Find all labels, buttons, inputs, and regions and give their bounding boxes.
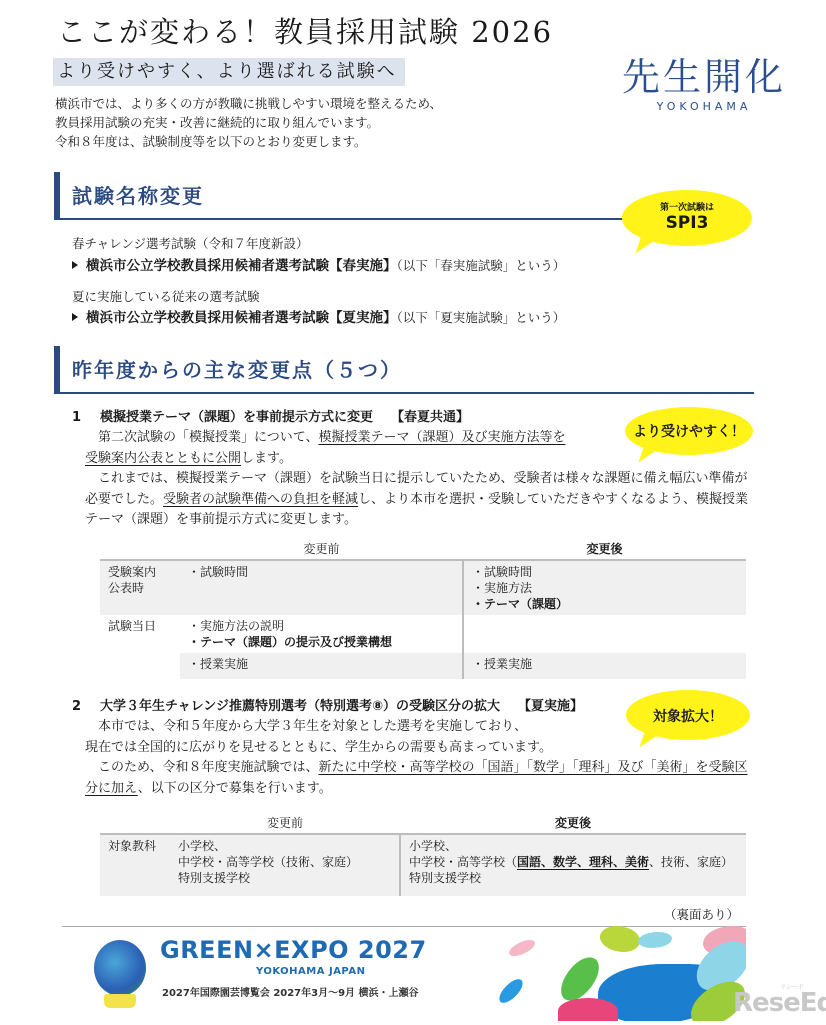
section-rule — [54, 218, 630, 220]
cell-line: 中学校・高等学校（技術、家庭） — [178, 854, 391, 870]
row-label — [100, 653, 180, 679]
speech-bubble-easier: より受けやすく！ — [625, 407, 753, 455]
table-row: 対象教科 小学校、 中学校・高等学校（技術、家庭） 特別支援学校 小学校、 中学… — [100, 834, 746, 896]
expo-title: GREEN×EXPO 2027 — [160, 936, 427, 964]
text: します。 — [241, 451, 292, 466]
section-heading-main-changes: 昨年度からの主な変更点（５つ） — [54, 346, 748, 392]
cell-line: ・実施方法 — [472, 580, 738, 596]
text: 本市では、令和５年度から大学３年生を対象とした選考を実施しており、 — [98, 719, 527, 734]
change-1-paragraph-2: これまでは、模擬授業テーマ（課題）を試験当日に提示していたため、受験者は様々な課… — [85, 469, 753, 531]
cell-line: 小学校、 — [409, 838, 738, 854]
exam-name: 横浜市公立学校教員採用候補者選考試験【夏実施】 — [86, 310, 397, 326]
underlined-text: 受験者の試験準備への負担を軽減 — [163, 492, 358, 507]
section-rule — [54, 392, 754, 394]
cell-line: ・試験時間 — [188, 564, 454, 580]
triangle-bullet-icon — [72, 261, 78, 269]
cell-after: 小学校、 中学校・高等学校（国語、数学、理科、美術、技術、家庭） 特別支援学校 — [400, 834, 746, 896]
exam-note: （以下「春実施試験」という） — [397, 258, 566, 273]
row-label: 対象教科 — [100, 834, 170, 896]
table-header — [100, 812, 170, 834]
change-1-heading: 1模擬授業テーマ（課題）を事前提示方式に変更【春夏共通】 — [72, 406, 469, 425]
change-title: 模擬授業テーマ（課題）を事前提示方式に変更 — [100, 410, 373, 425]
intro-text: 横浜市では、より多くの方が教職に挑戦しやすい環境を整えるため、 教員採用試験の充… — [55, 94, 442, 151]
text: 中学校・高等学校（ — [409, 855, 517, 869]
cell-line-bold: ・テーマ（課題） — [472, 596, 738, 612]
cell-after: ・試験時間 ・実施方法 ・テーマ（課題） — [463, 560, 746, 615]
cell-line: 特別支援学校 — [178, 870, 391, 886]
intro-line: 教員採用試験の充実・改善に継続的に取り組んでいます。 — [55, 113, 442, 132]
intro-line: 令和８年度は、試験制度等を以下のとおり変更します。 — [55, 132, 442, 151]
text: 現在では全国的に広がりを見せるとともに、学生からの需要も高まっています。 — [85, 740, 552, 755]
section-heading-label: 昨年度からの主な変更点（５つ） — [72, 354, 402, 383]
text: 、以下の区分で募集を行います。 — [138, 781, 332, 796]
row-label: 試験当日 — [100, 615, 180, 653]
text: このため、令和８年度実施試験では、 — [98, 760, 318, 775]
change-tag: 【夏実施】 — [518, 699, 583, 714]
table-row: ・授業実施 ・授業実施 — [100, 653, 746, 679]
cell-before: ・実施方法の説明 ・テーマ（課題）の提示及び授業構想 — [180, 615, 463, 653]
change-2-paragraph-2: このため、令和８年度実施試験では、新たに中学校・高等学校の「国語」「数学」「理科… — [85, 758, 753, 799]
cell-before: ・授業実施 — [180, 653, 463, 679]
bubble-text: より受けやすく！ — [625, 421, 753, 441]
sensei-kaika-logo: 先生開化 YOKOHAMA — [622, 55, 786, 113]
table-header-after: 変更後 — [400, 812, 746, 834]
section-heading-name-change: 試験名称変更 — [54, 172, 624, 218]
spring-caption: 春チャレンジ選考試験（令和７年度新設） — [72, 234, 309, 252]
cell-before: 小学校、 中学校・高等学校（技術、家庭） 特別支援学校 — [170, 834, 400, 896]
change-1-paragraph-1: 第二次試験の「模擬授業」について、模擬授業テーマ（課題）及び実施方法等を受験案内… — [85, 428, 635, 469]
expo-decorative-shapes — [488, 926, 746, 1021]
cell-line: ・試験時間 — [472, 564, 738, 580]
row-label: 受験案内 公表時 — [100, 560, 180, 615]
change-1-comparison-table: 変更前 変更後 受験案内 公表時 ・試験時間 ・試験時間 ・実施方法 ・テーマ（… — [100, 538, 746, 679]
change-2-comparison-table: 変更前 変更後 対象教科 小学校、 中学校・高等学校（技術、家庭） 特別支援学校… — [100, 812, 746, 896]
intro-line: 横浜市では、より多くの方が教職に挑戦しやすい環境を整えるため、 — [55, 94, 442, 113]
change-2-paragraph-1: 本市では、令和５年度から大学３年生を対象とした選考を実施しており、現在では全国的… — [85, 717, 645, 758]
triangle-bullet-icon — [72, 313, 78, 321]
page-subtitle: より受けやすく、より選ばれる試験へ — [53, 58, 405, 86]
expo-globe-icon — [94, 940, 146, 996]
bubble-main: SPI3 — [622, 213, 752, 233]
bubble-caption: 第一次試験は — [622, 200, 752, 213]
change-tag: 【春夏共通】 — [391, 410, 469, 425]
text: 第二次試験の「模擬授業」について、 — [98, 430, 318, 445]
exam-note: （以下「夏実施試験」という） — [397, 310, 566, 325]
underlined-text: 模擬授業テーマ（課題）及び実施方法等を — [318, 430, 565, 445]
speech-bubble-spi3: 第一次試験は SPI3 — [622, 190, 752, 246]
resed-watermark: ReseEd — [733, 988, 826, 1018]
text: 、技術、家庭） — [649, 855, 733, 869]
cell-line: ・実施方法の説明 — [188, 618, 454, 634]
logo-main-text: 先生開化 — [622, 55, 786, 99]
spring-exam-name: 横浜市公立学校教員採用候補者選考試験【春実施】（以下「春実施試験」という） — [72, 254, 565, 274]
table-header — [100, 538, 180, 560]
logo-sub-text: YOKOHAMA — [622, 100, 786, 113]
cell-line: ・授業実施 — [472, 656, 738, 672]
reverse-side-note: （裏面あり） — [664, 905, 739, 923]
cell-line-bold: ・テーマ（課題）の提示及び授業構想 — [188, 634, 454, 650]
expo-subtitle: YOKOHAMA JAPAN — [256, 966, 365, 977]
summer-caption: 夏に実施している従来の選考試験 — [72, 287, 260, 305]
globe-stand-icon — [104, 994, 136, 1008]
exam-name: 横浜市公立学校教員採用候補者選考試験【春実施】 — [86, 258, 397, 274]
page-title: ここが変わる！教員採用試験 2026 — [57, 10, 553, 51]
table-header-before: 変更前 — [170, 812, 400, 834]
table-header-before: 変更前 — [180, 538, 463, 560]
change-number: 2 — [72, 699, 100, 714]
underlined-bold-text: 国語、数学、理科、美術 — [517, 855, 649, 869]
summer-exam-name: 横浜市公立学校教員採用候補者選考試験【夏実施】（以下「夏実施試験」という） — [72, 306, 565, 326]
cell-before: ・試験時間 — [180, 560, 463, 615]
table-header-after: 変更後 — [463, 538, 746, 560]
cell-line: 小学校、 — [178, 838, 391, 854]
change-number: 1 — [72, 410, 100, 425]
table-row: 試験当日 ・実施方法の説明 ・テーマ（課題）の提示及び授業構想 — [100, 615, 746, 653]
underlined-text: 受験案内公表とともに公開 — [85, 451, 241, 466]
change-2-heading: 2大学３年生チャレンジ推薦特別選考（特別選考⑧）の受験区分の拡大【夏実施】 — [72, 695, 583, 714]
cell-line: ・授業実施 — [188, 656, 454, 672]
expo-date: 2027年国際園芸博覧会 2027年3月～9月 横浜・上瀬谷 — [162, 984, 419, 999]
cell-line: 特別支援学校 — [409, 870, 738, 886]
section-heading-label: 試験名称変更 — [72, 180, 204, 209]
change-title: 大学３年生チャレンジ推薦特別選考（特別選考⑧）の受験区分の拡大 — [100, 699, 500, 714]
cell-line: 中学校・高等学校（国語、数学、理科、美術、技術、家庭） — [409, 854, 738, 870]
table-row: 受験案内 公表時 ・試験時間 ・試験時間 ・実施方法 ・テーマ（課題） — [100, 560, 746, 615]
cell-after — [463, 615, 746, 653]
cell-after: ・授業実施 — [463, 653, 746, 679]
